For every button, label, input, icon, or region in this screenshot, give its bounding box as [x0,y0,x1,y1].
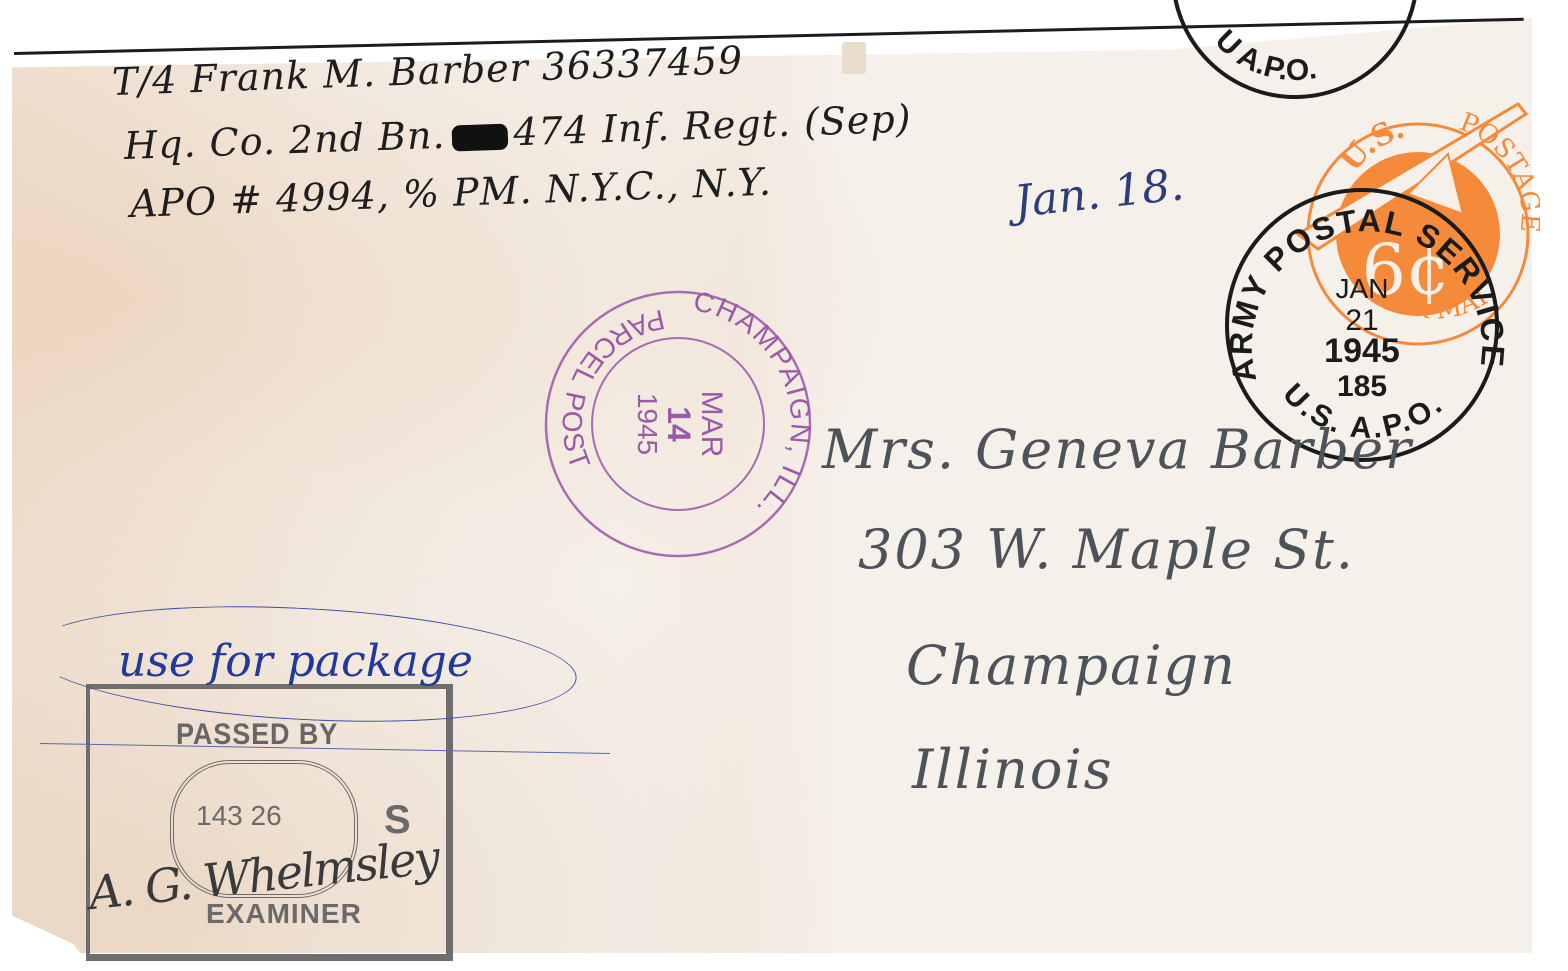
svg-text:1945: 1945 [632,393,663,455]
svg-text:14: 14 [661,406,697,442]
redaction-mark [451,123,508,151]
package-note: use for package [118,636,473,687]
recipient-state: Illinois [912,738,1113,801]
svg-text:JAN: JAN [1336,273,1389,304]
paper-tear [842,42,866,74]
censor-number: 143 26 [196,800,282,832]
svg-text:1945: 1945 [1324,332,1400,370]
svg-text:MAR: MAR [695,391,728,458]
recipient-street: 303 W. Maple St. [858,518,1355,581]
svg-text:U A.P.O.: U A.P.O. [1209,24,1319,87]
parcel-post-postmark: CHAMPAIGN, ILL. PARCEL POST MAR 14 1945 [542,288,814,560]
recipient-city: Champaign [906,634,1237,697]
svg-text:185: 185 [1337,370,1387,403]
recipient-name: Mrs. Geneva Barber [822,418,1413,481]
